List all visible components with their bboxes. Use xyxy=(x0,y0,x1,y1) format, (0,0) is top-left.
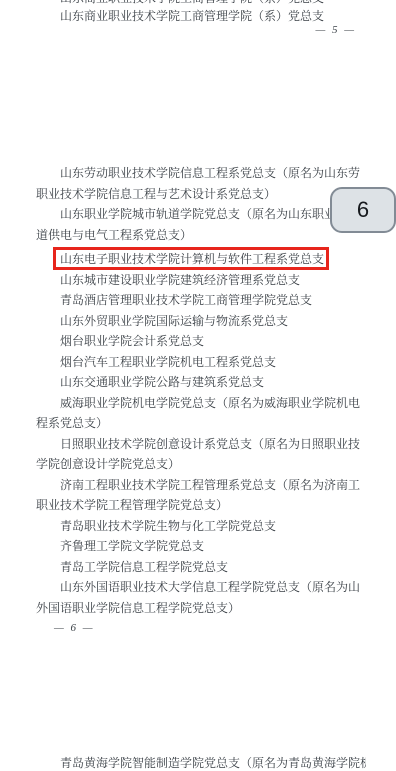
list-line: 烟台汽车工程职业学院机电工程系党总支 xyxy=(36,352,360,373)
list-line: 齐鲁理工学院文学院党总支 xyxy=(36,536,360,557)
page-badge-label: 6 xyxy=(357,197,369,223)
list-line: 山东劳动职业技术学院信息工程系党总支（原名为山东劳动 xyxy=(36,163,360,184)
list-line: 青岛职业技术学院生物与化工学院党总支 xyxy=(36,516,360,537)
list-line: 职业技术学院工程管理学院党总支） xyxy=(36,495,360,516)
page-number-5: — 5 — xyxy=(315,24,356,36)
list-line: 烟台职业学院会计系党总支 xyxy=(36,331,360,352)
list-line: 威海职业学院机电学院党总支（原名为威海职业学院机电工 xyxy=(36,393,360,414)
list-line: 青岛工学院信息工程学院党总支 xyxy=(36,557,360,578)
list-line: 道供电与电气工程系党总支） xyxy=(36,225,360,246)
document-line-top: 山东商业职业技术学院工商管理学院（系）党总支 xyxy=(36,8,366,24)
document-page: 山东商业职业技术学院工商管理学院（系）党总支 山东商业职业技术学院工商管理学院（… xyxy=(0,0,396,771)
clipped-line: 山东商业职业技术学院工商管理学院（系）党总支 xyxy=(36,0,366,6)
list-line: 山东交通职业学院公路与建筑系党总支 xyxy=(36,372,360,393)
document-list: 山东劳动职业技术学院信息工程系党总支（原名为山东劳动职业技术学院信息工程与艺术设… xyxy=(36,163,360,639)
list-line: 山东城市建设职业学院建筑经济管理系党总支 xyxy=(36,270,360,291)
list-line: 山东外贸职业学院国际运输与物流系党总支 xyxy=(36,311,360,332)
list-line: 山东职业学院城市轨道学院党总支（原名为山东职业学 xyxy=(36,204,360,225)
list-line: 学院创意设计学院党总支） xyxy=(36,454,360,475)
page-number-6: — 6 — xyxy=(36,618,360,639)
list-line: 山东外国语职业技术大学信息工程学院党总支（原名为山东 xyxy=(36,577,360,598)
highlighted-line: 山东电子职业技术学院计算机与软件工程系党总支 xyxy=(36,249,360,270)
list-line: 青岛酒店管理职业技术学院工商管理学院党总支 xyxy=(36,290,360,311)
list-line: 程系党总支） xyxy=(36,413,360,434)
list-line: 职业技术学院信息工程与艺术设计系党总支） xyxy=(36,184,360,205)
list-line: 济南工程职业技术学院工程管理系党总支（原名为济南工程 xyxy=(36,475,360,496)
document-line-bottom: 青岛黄海学院智能制造学院党总支（原名为青岛黄海学院机 xyxy=(36,753,366,771)
list-line: 外国语职业学院信息工程学院党总支） xyxy=(36,598,360,619)
clipped-line-text: 山东商业职业技术学院工商管理学院（系）党总支 xyxy=(36,0,366,6)
page-badge: 6 xyxy=(330,187,396,233)
list-line: 日照职业技术学院创意设计系党总支（原名为日照职业技术 xyxy=(36,434,360,455)
